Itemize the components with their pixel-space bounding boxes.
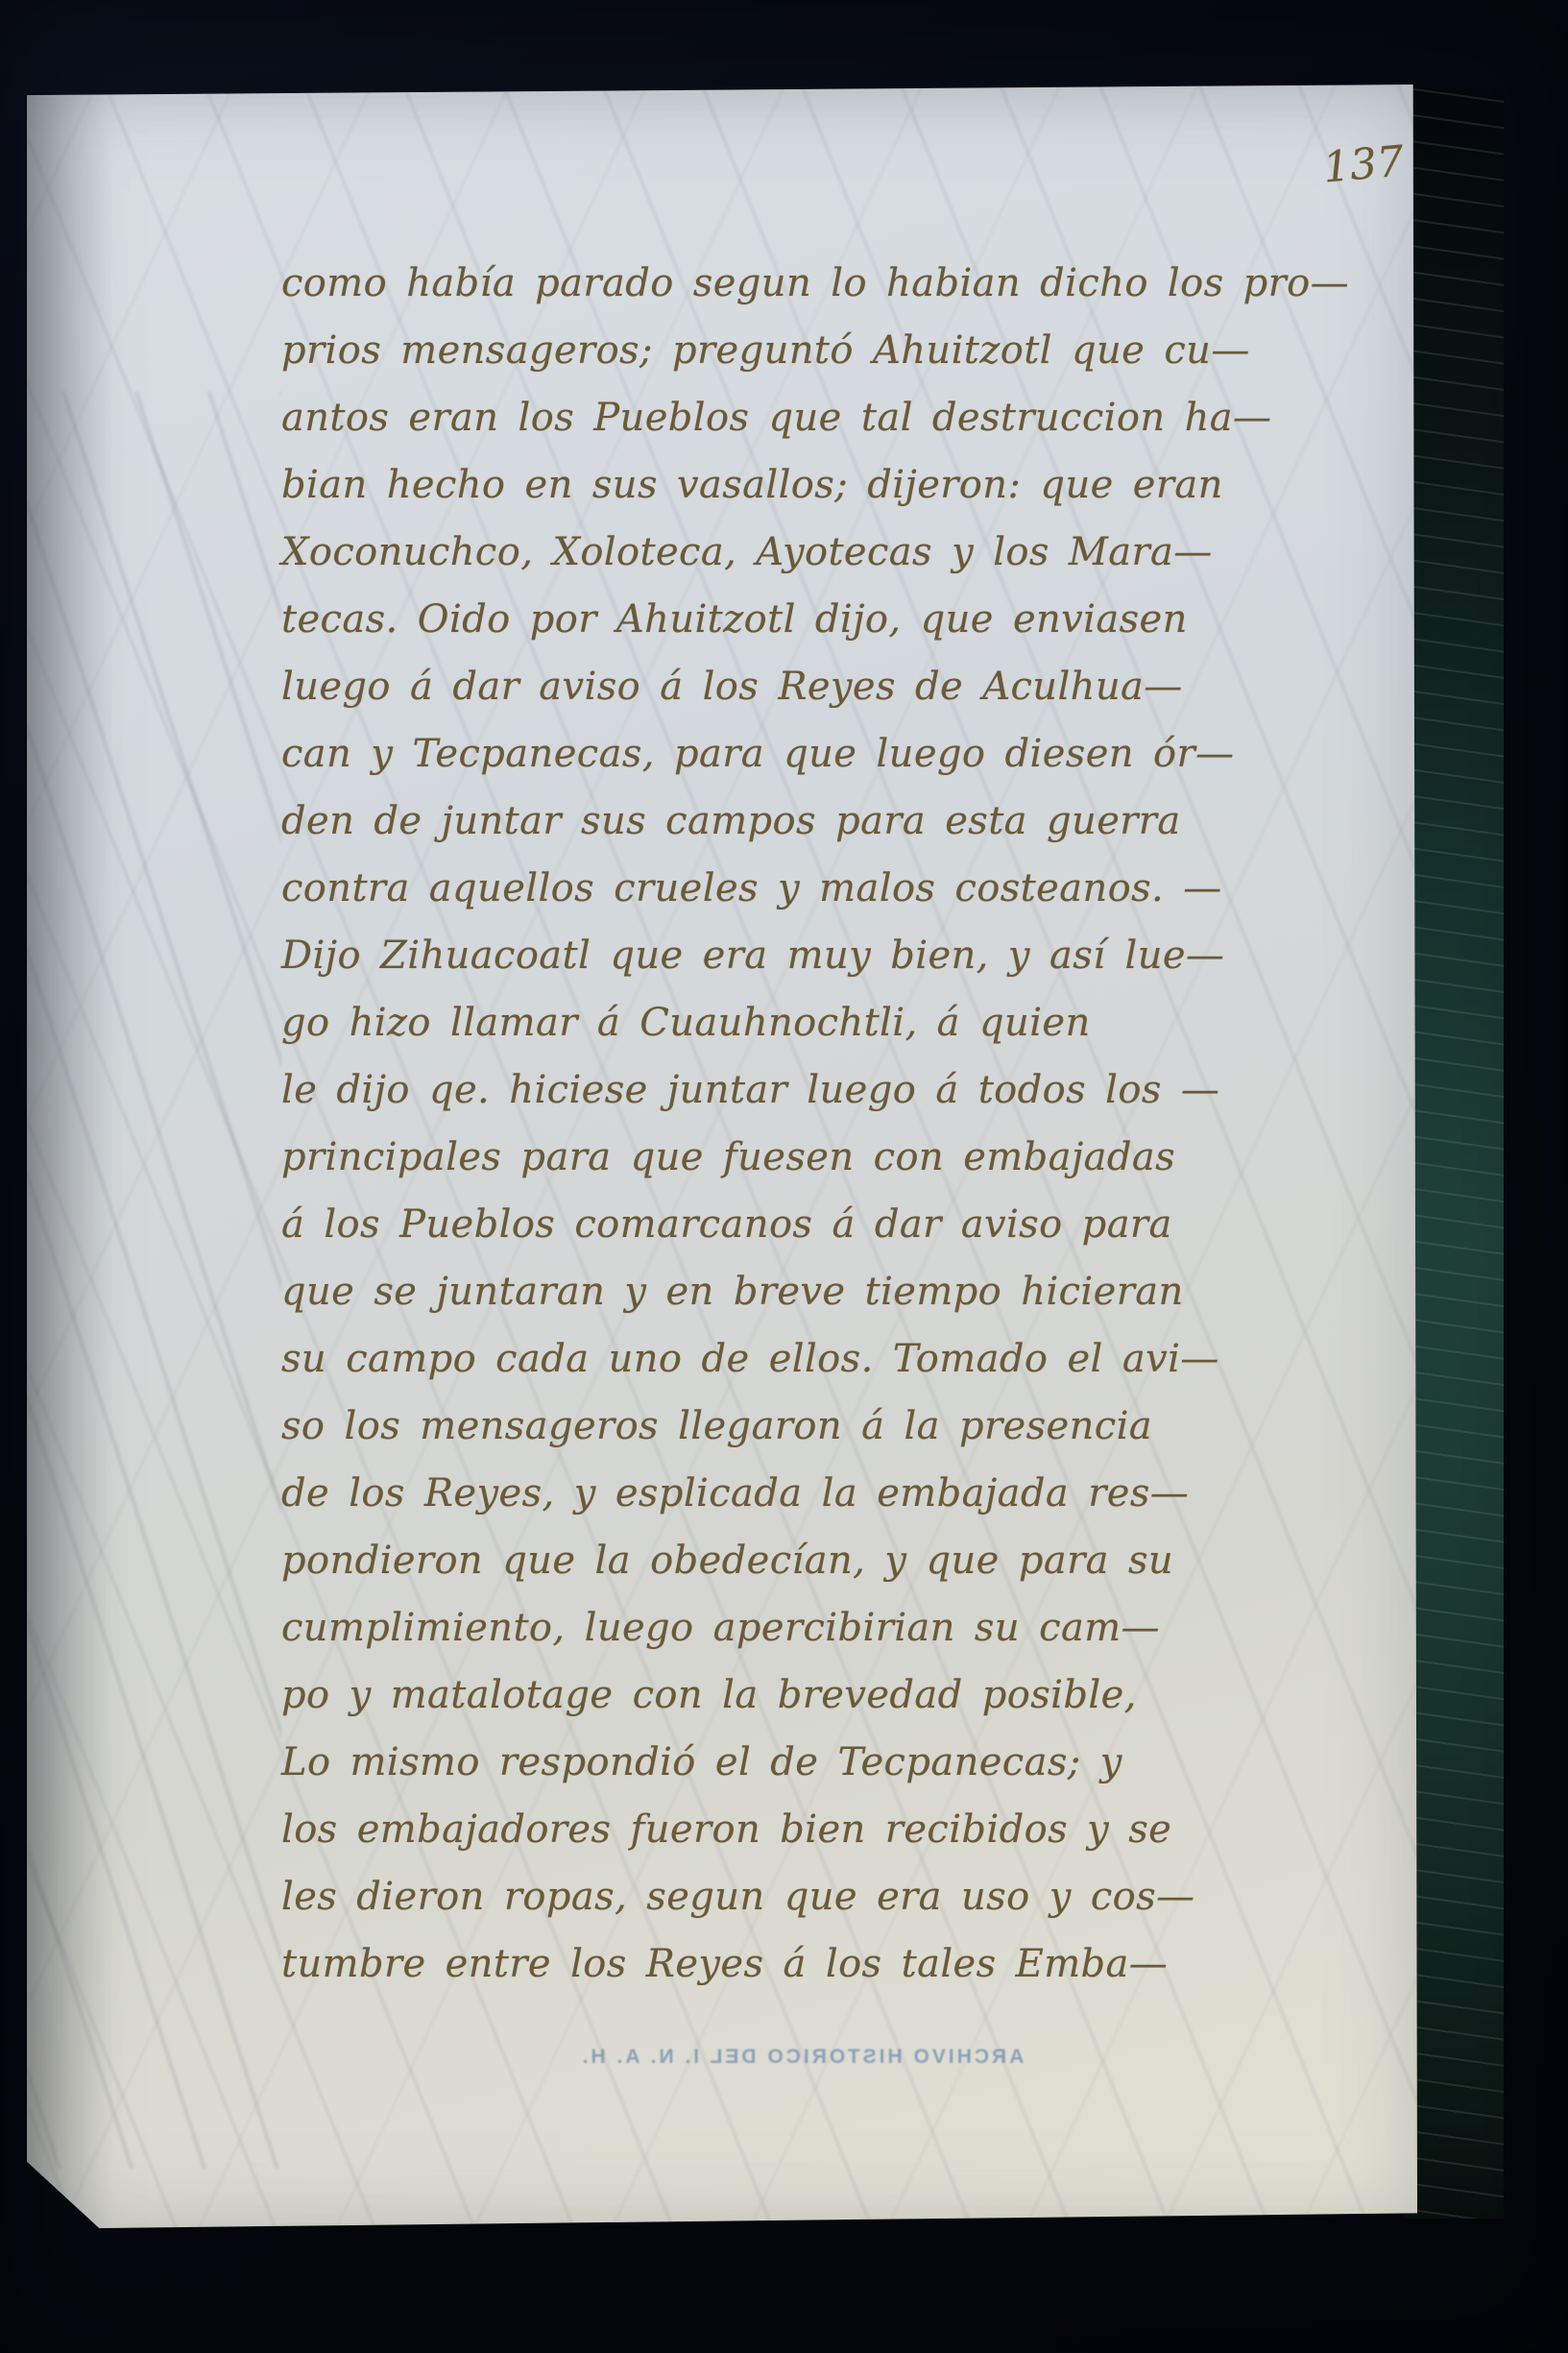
manuscript-line: tumbre entre los Reyes á los tales Emba— <box>281 1930 1376 1998</box>
manuscript-line: luego á dar aviso á los Reyes de Aculhua… <box>281 653 1376 720</box>
manuscript-line: po y matalotage con la brevedad posible, <box>281 1662 1376 1729</box>
manuscript-line: antos eran los Pueblos que tal destrucci… <box>281 384 1376 451</box>
manuscript-line: Xoconuchco, Xoloteca, Ayotecas y los Mar… <box>281 519 1376 586</box>
folio-number: 137 <box>1321 136 1406 192</box>
margin-bleedthrough-texture <box>27 392 281 2169</box>
manuscript-line: cumplimiento, luego apercibirian su cam— <box>281 1594 1376 1662</box>
manuscript-line: que se juntaran y en breve tiempo hicier… <box>281 1258 1376 1325</box>
manuscript-line: go hizo llamar á Cuauhnochtli, á quien <box>281 989 1376 1056</box>
manuscript-line: tecas. Oido por Ahuitzotl dijo, que envi… <box>281 586 1376 653</box>
manuscript-line: de los Reyes, y esplicada la embajada re… <box>281 1460 1376 1527</box>
manuscript-line: prios mensageros; preguntó Ahuitzotl que… <box>281 317 1376 384</box>
manuscript-line: Dijo Zihuacoatl que era muy bien, y así … <box>281 922 1376 989</box>
book-marbled-edge <box>1404 88 1504 2219</box>
photo-backdrop: { "doc": { "folio": "137", "stamp": "ARC… <box>0 0 1568 2353</box>
manuscript-line: principales para que fuesen con embajada… <box>281 1124 1376 1191</box>
manuscript-line: pondieron que la obedecían, y que para s… <box>281 1527 1376 1594</box>
manuscript-line: como había parado segun lo habian dicho … <box>281 250 1376 317</box>
manuscript-line: Lo mismo respondió el de Tecpanecas; y <box>281 1729 1376 1796</box>
manuscript-line: so los mensageros llegaron á la presenci… <box>281 1393 1376 1460</box>
manuscript-page: 137 como había parado segun lo habian di… <box>27 85 1417 2228</box>
handwritten-text-block: como había parado segun lo habian dicho … <box>281 250 1376 1998</box>
manuscript-line: bian hecho en sus vasallos; dijeron: que… <box>281 451 1376 519</box>
manuscript-line: den de juntar sus campos para esta guerr… <box>281 788 1376 855</box>
manuscript-line: le dijo qe. hiciese juntar luego á todos… <box>281 1056 1376 1124</box>
manuscript-line: á los Pueblos comarcanos á dar aviso par… <box>281 1191 1376 1258</box>
manuscript-line: los embajadores fueron bien recibidos y … <box>281 1796 1376 1863</box>
manuscript-line: su campo cada uno de ellos. Tomado el av… <box>281 1325 1376 1393</box>
manuscript-line: can y Tecpanecas, para que luego diesen … <box>281 720 1376 788</box>
manuscript-line: les dieron ropas, segun que era uso y co… <box>281 1863 1376 1930</box>
manuscript-line: contra aquellos crueles y malos costeano… <box>281 855 1376 922</box>
archive-stamp: ARCHIVO HISTORICO DEL I. N. A. H. <box>576 2046 1027 2069</box>
